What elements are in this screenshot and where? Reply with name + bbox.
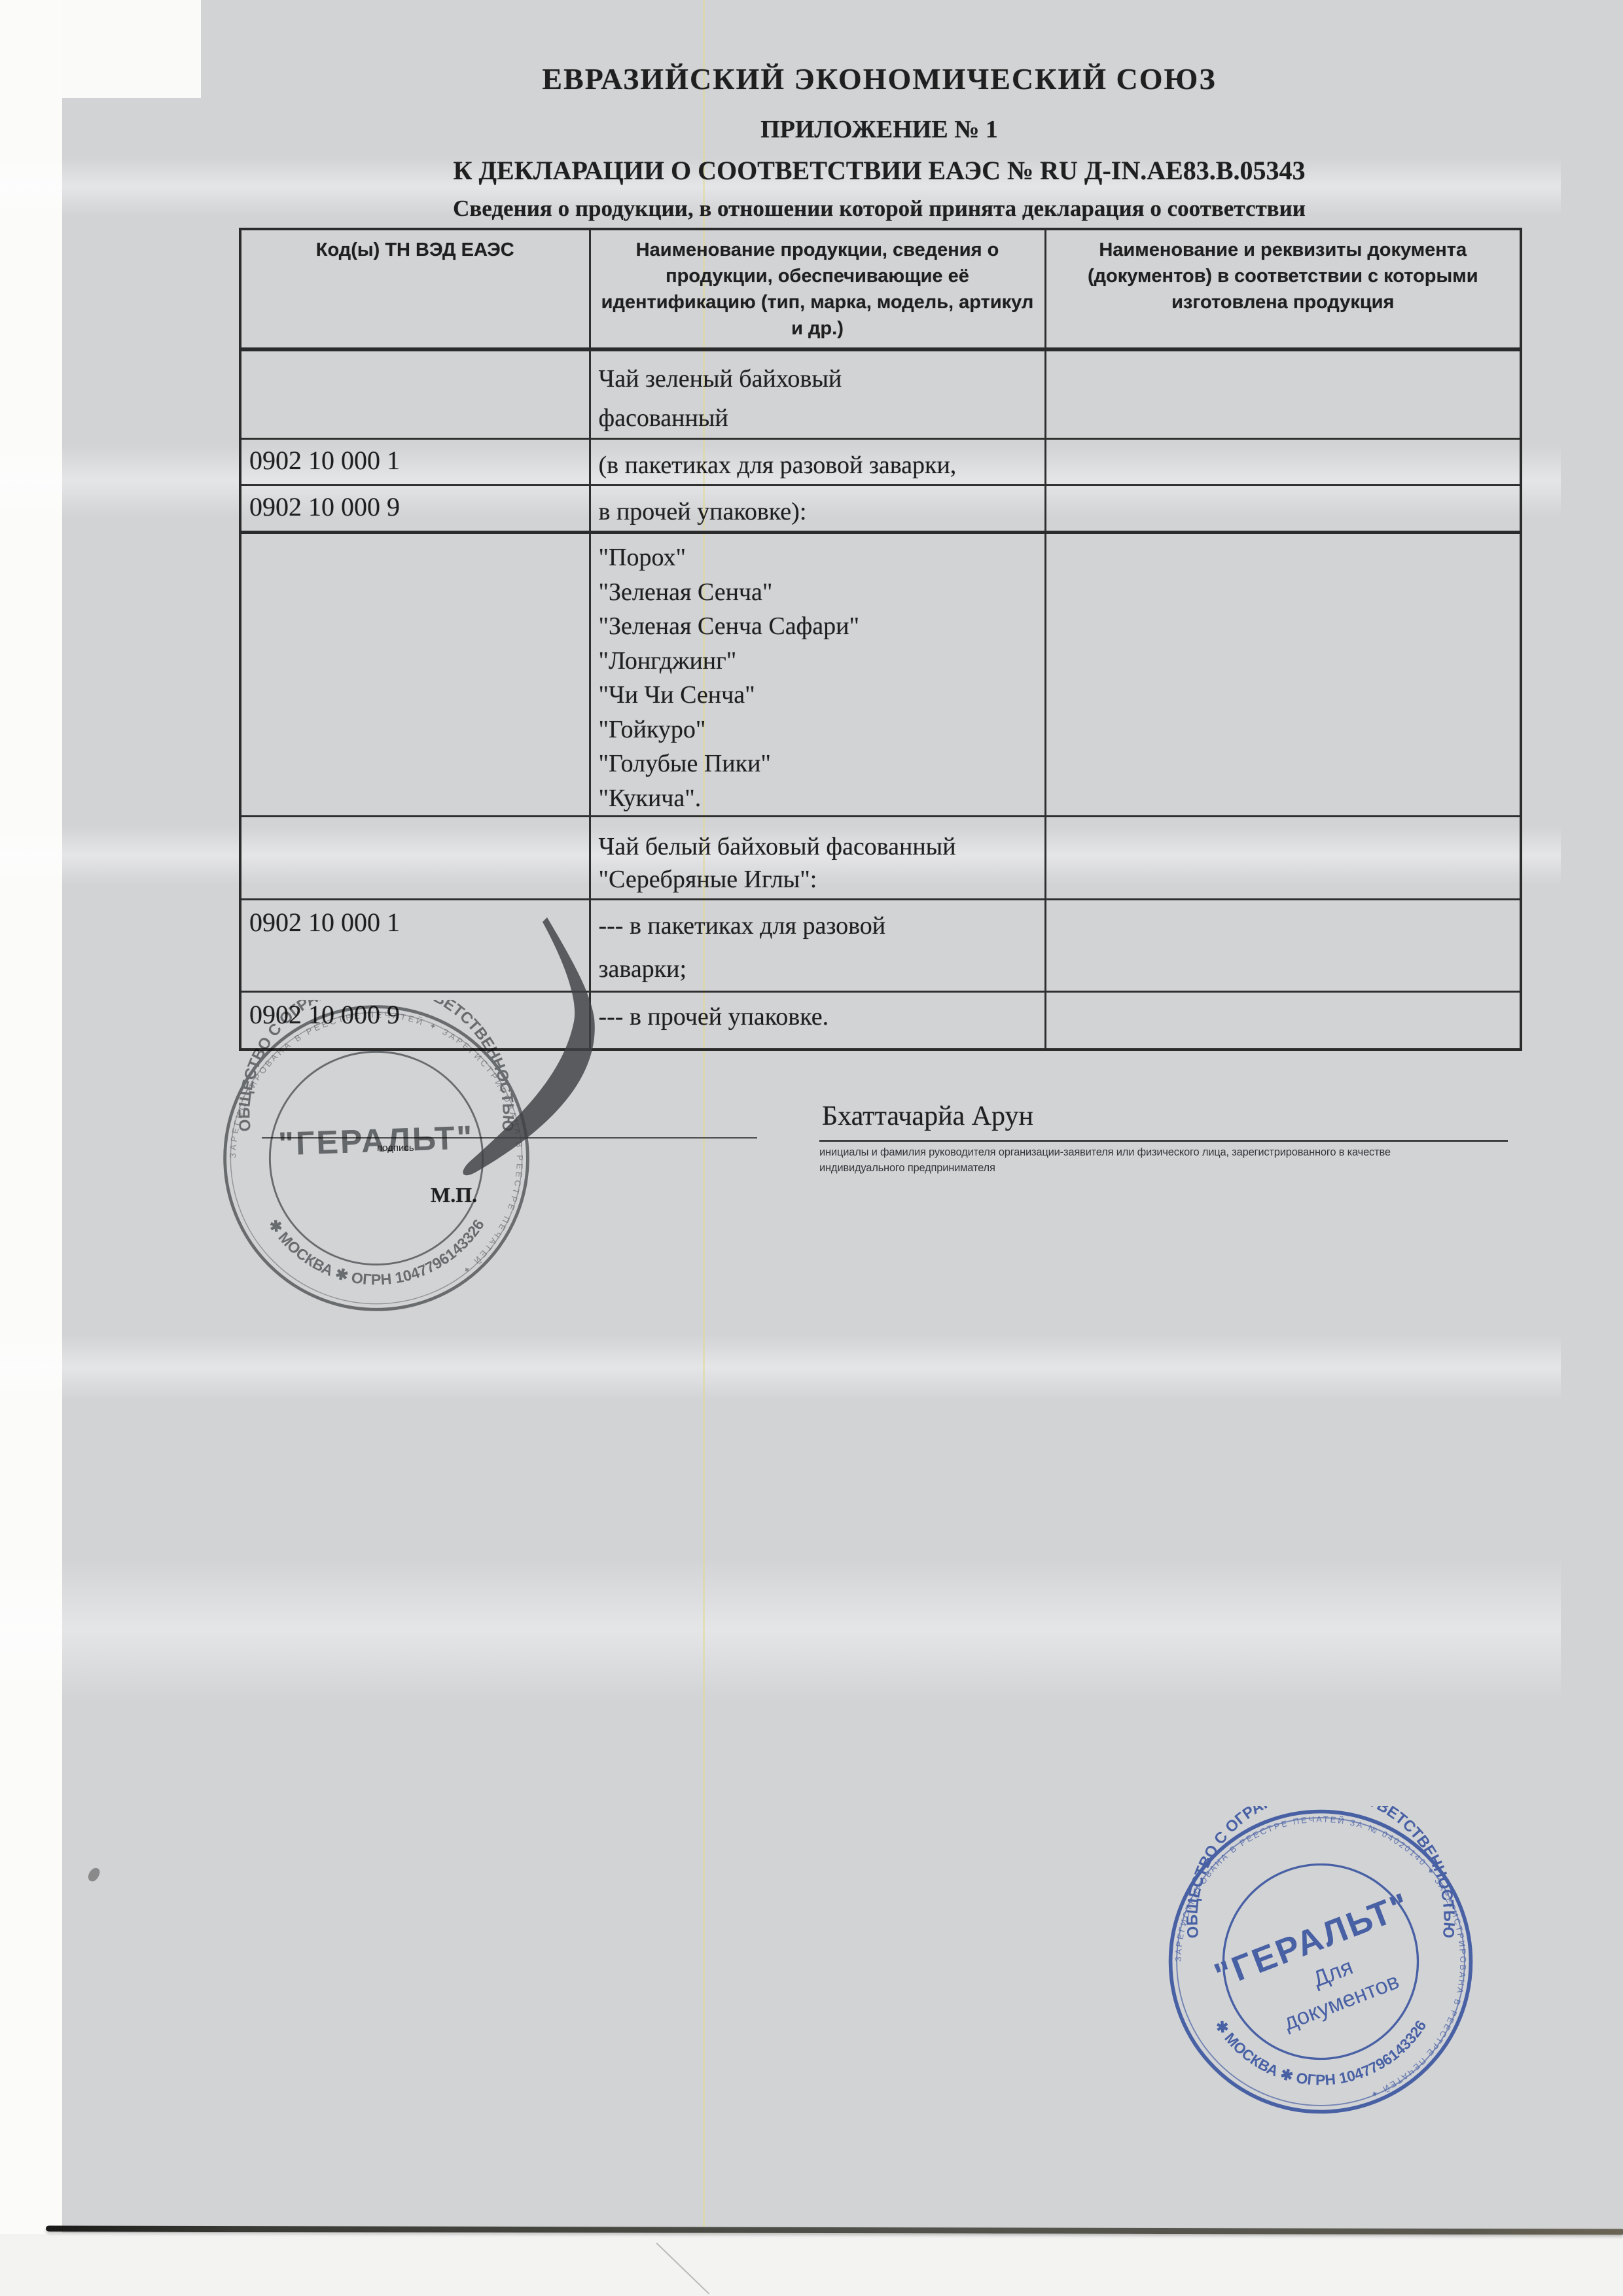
scanned-declaration-page: ЕВРАЗИЙСКИЙ ЭКОНОМИЧЕСКИЙ СОЮЗ ПРИЛОЖЕНИ…: [0, 0, 1623, 2296]
signature-stroke-icon: [0, 0, 1623, 2296]
scanner-background: [0, 2234, 1623, 2296]
scan-corner-highlight: [62, 0, 201, 98]
